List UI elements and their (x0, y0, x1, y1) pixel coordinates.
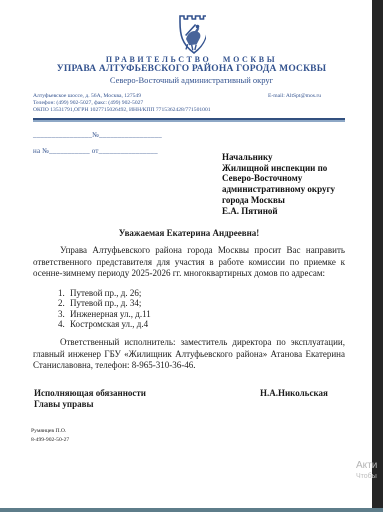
reference-lines: ________________№_________________ на №_… (33, 127, 162, 159)
reference-line-outgoing: ________________№_________________ (33, 127, 162, 143)
addressee-line: Начальнику (222, 152, 335, 163)
ref-label-ot: от (92, 147, 99, 155)
list-item-text: Путевой пр., д. 34; (70, 298, 141, 308)
address-list: 1.Путевой пр., д. 26; 2.Путевой пр., д. … (58, 288, 151, 329)
list-item-number: 2. (58, 298, 70, 308)
addressee-block: Начальнику Жилищной инспекции по Северо-… (222, 152, 335, 216)
contact-codes: ОКПО 13531791,ОГРН 1027715026492, ИНН/КП… (33, 107, 211, 114)
windows-activation-watermark: Акти Чтобы (356, 460, 377, 480)
letterhead-divider (33, 118, 345, 122)
list-item-text: Инженерная ул., д.11 (70, 309, 151, 319)
list-item: 1.Путевой пр., д. 26; (58, 288, 151, 298)
letterhead-government: ПРАВИТЕЛЬСТВО МОСКВЫ (0, 55, 383, 64)
bottom-edge-bar (0, 508, 383, 512)
signature-position-line2: Главы управы (34, 399, 146, 410)
signature-position: Исполняющая обязанности Главы управы (34, 388, 146, 410)
list-item-number: 3. (58, 309, 70, 319)
contact-email: E-mail: AltSpt@mos.ru (268, 93, 321, 99)
list-item: 3.Инженерная ул., д.11 (58, 309, 151, 319)
list-item: 4.Костромская ул., д.4 (58, 319, 151, 329)
contact-phone: Телефон: (499) 902-5027, факс: (499) 902… (33, 100, 211, 107)
addressee-line: Жилищной инспекции по (222, 163, 335, 174)
addressee-line: Северо-Восточному (222, 173, 335, 184)
list-item-text: Путевой пр., д. 26; (70, 288, 141, 298)
ref-blank: ________________ (99, 147, 158, 155)
watermark-line2: Чтобы (356, 473, 377, 480)
addressee-line: административному округу (222, 184, 335, 195)
list-item: 2.Путевой пр., д. 34; (58, 298, 151, 308)
letter-page: ПРАВИТЕЛЬСТВО МОСКВЫ УПРАВА АЛТУФЬЕВСКОГ… (0, 0, 383, 512)
contact-block: Алтуфьевское шоссе, д. 56А, Москва, 1275… (33, 93, 211, 115)
reference-line-incoming: на №___________ от________________ (33, 143, 162, 159)
ref-blank: _________________ (99, 131, 162, 139)
executor-contact: Румянцев П.О. 8-499-902-50-27 (31, 427, 69, 444)
salutation: Уважаемая Екатерина Андреевна! (33, 228, 345, 238)
executor-paragraph: Ответственный исполнитель: заместитель д… (33, 337, 345, 372)
watermark-line1: Акти (356, 460, 377, 471)
executor-name: Румянцев П.О. (31, 427, 69, 436)
moscow-coat-of-arms-icon (179, 15, 206, 55)
body-paragraph: Управа Алтуфьевского района города Москв… (33, 245, 345, 280)
list-item-number: 4. (58, 319, 70, 329)
signature-name: Н.А.Никольская (260, 388, 328, 398)
letterhead-okrug: Северо-Восточный административный округ (0, 75, 383, 85)
ref-blank: ________________ (33, 131, 92, 139)
signature-position-line1: Исполняющая обязанности (34, 388, 146, 399)
letterhead-uprava: УПРАВА АЛТУФЬЕВСКОГО РАЙОНА ГОРОДА МОСКВ… (0, 64, 383, 74)
executor-phone: 8-499-902-50-27 (31, 436, 69, 445)
ref-label-na: на № (33, 147, 49, 155)
list-item-text: Костромская ул., д.4 (70, 319, 148, 329)
list-item-number: 1. (58, 288, 70, 298)
screen-edge-strip (372, 0, 383, 512)
ref-blank: ___________ (49, 147, 90, 155)
addressee-line: Е.А. Пятиной (222, 206, 335, 217)
addressee-line: города Москвы (222, 195, 335, 206)
